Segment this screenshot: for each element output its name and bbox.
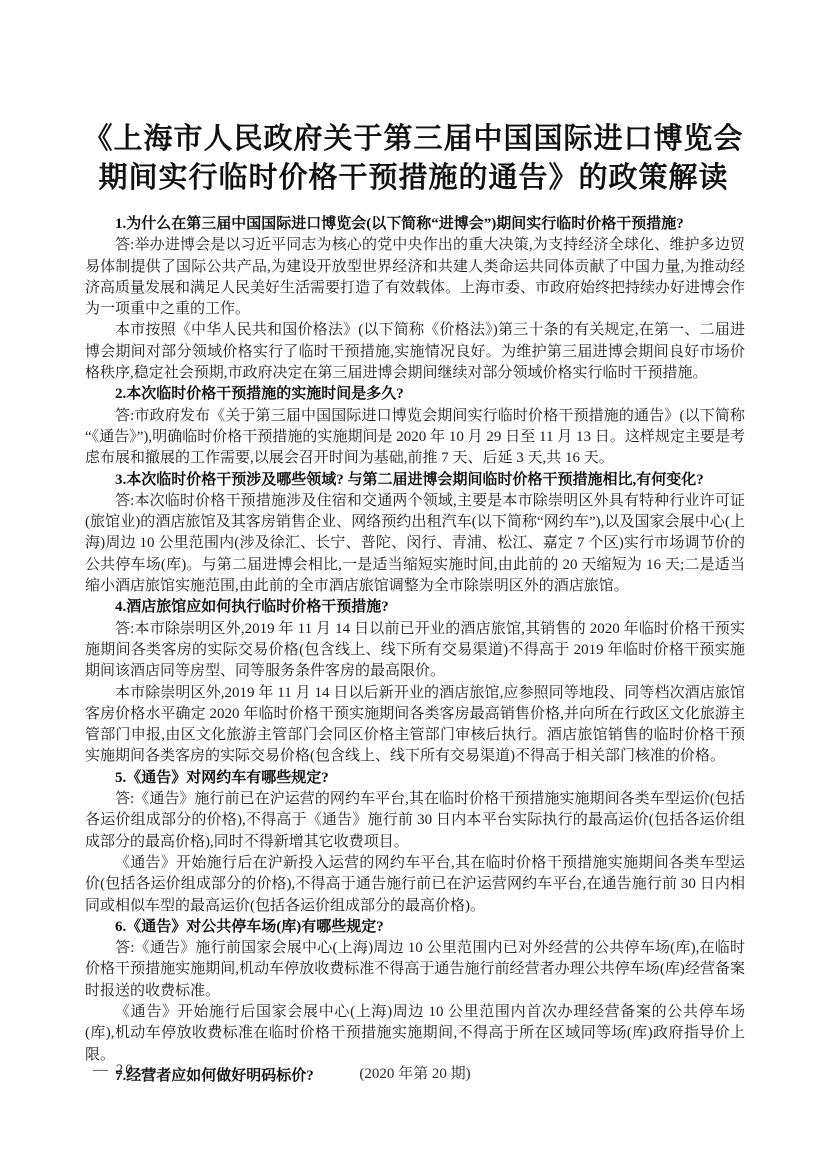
answer-paragraph: 本市除崇明区外,2019 年 11 月 14 日以后新开业的酒店旅馆,应参照同等… — [85, 683, 745, 768]
issue-label: (2020 年第 20 期) — [359, 1062, 470, 1083]
answer-paragraph: 答:本次临时价格干预措施涉及住宿和交通两个领域,主要是本市除崇明区外具有特种行业… — [85, 491, 745, 597]
answer-paragraph: 《通告》开始施行后国家会展中心(上海)周边 10 公里范围内首次办理经营备案的公… — [85, 1002, 745, 1066]
page-footer: — 20 — (2020 年第 20 期) — [85, 1062, 745, 1084]
question-heading: 5.《通告》对网约车有哪些规定? — [85, 768, 745, 789]
question-heading: 4.酒店旅馆应如何执行临时价格干预措施? — [85, 597, 745, 618]
question-heading: 2.本次临时价格干预措施的实施时间是多久? — [85, 384, 745, 405]
answer-paragraph: 《通告》开始施行后在沪新投入运营的网约车平台,其在临时价格干预措施实施期间各类车… — [85, 853, 745, 917]
question-heading: 6.《通告》对公共停车场(库)有哪些规定? — [85, 917, 745, 938]
question-heading: 1.为什么在第三届中国国际进口博览会(以下简称“进博会”)期间实行临时价格干预措… — [85, 214, 745, 235]
page-number: — 20 — — [85, 1062, 158, 1079]
document-page: 《上海市人民政府关于第三届中国国际进口博览会 期间实行临时价格干预措施的通告》的… — [0, 0, 827, 1170]
page-title: 《上海市人民政府关于第三届中国国际进口博览会 期间实行临时价格干预措施的通告》的… — [55, 120, 772, 198]
answer-paragraph: 答:举办进博会是以习近平同志为核心的党中央作出的重大决策,为支持经济全球化、维护… — [85, 235, 745, 320]
body-paragraph: 本市按照《中华人民共和国价格法》(以下简称《价格法》)第三十条的有关规定,在第一… — [85, 320, 745, 384]
answer-paragraph: 答:本市除崇明区外,2019 年 11 月 14 日以前已开业的酒店旅馆,其销售… — [85, 619, 745, 683]
page-title-line1: 《上海市人民政府关于第三届中国国际进口博览会 — [83, 123, 743, 155]
answer-paragraph: 答:《通告》施行前国家会展中心(上海)周边 10 公里范围内已对外经营的公共停车… — [85, 938, 745, 1002]
question-heading: 3.本次临时价格干预涉及哪些领域? 与第二届进博会期间临时价格干预措施相比,有何… — [85, 470, 745, 491]
answer-paragraph: 答:《通告》施行前已在沪运营的网约车平台,其在临时价格干预措施实施期间各类车型运… — [85, 789, 745, 853]
page-title-line2: 期间实行临时价格干预措施的通告》的政策解读 — [98, 162, 728, 194]
document-body: 1.为什么在第三届中国国际进口博览会(以下简称“进博会”)期间实行临时价格干预措… — [0, 214, 827, 1087]
answer-paragraph: 答:市政府发布《关于第三届中国国际进口博览会期间实行临时价格干预措施的通告》(以… — [85, 406, 745, 470]
